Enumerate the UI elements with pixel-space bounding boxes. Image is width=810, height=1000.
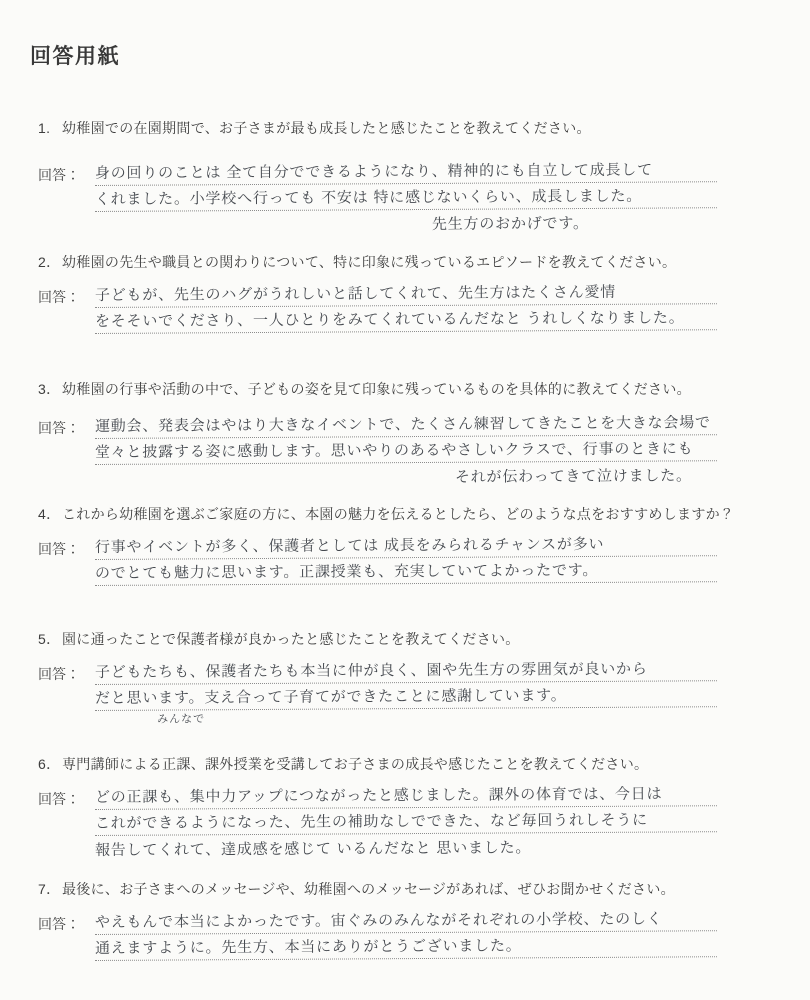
question-text: 幼稚園での在園期間で、お子さまが最も成長したと感じたことを教えてください。: [62, 118, 591, 138]
answer-row: 回答： やえもんで本当によかったです。宙ぐみのみんながそれぞれの小学校、たのしく…: [38, 909, 774, 961]
answer-lines: 子どもたちも、保護者たちも本当に仲が良く、園や先生方の雰囲気が良いから だと思い…: [95, 659, 717, 727]
handwritten-line: のでとても魅力に思います。正課授業も、充実していてよかったです。: [95, 556, 717, 586]
handwritten-line: 子どもたちも、保護者たちも本当に仲が良く、園や先生方の雰囲気が良いから: [95, 655, 717, 685]
page-title: 回答用紙: [30, 40, 120, 70]
answer-row: 回答： 行事やイベントが多く、保護者としては 成長をみられるチャンスが多い ので…: [38, 534, 774, 586]
answer-label: 回答：: [38, 909, 95, 961]
answer-label: 回答：: [38, 413, 95, 491]
answer-lines: 子どもが、先生のハグがうれしいと話してくれて、先生方はたくさん愛情 をそそいでく…: [95, 282, 717, 334]
answer-row: 回答： 子どもたちも、保護者たちも本当に仲が良く、園や先生方の雰囲気が良いから …: [38, 659, 774, 727]
handwritten-line: 行事やイベントが多く、保護者としては 成長をみられるチャンスが多い: [95, 530, 717, 560]
question-3: 3． 幼稚園の行事や活動の中で、子どもの姿を見て印象に残っているものを具体的に教…: [38, 379, 774, 399]
answer-lines: 身の回りのことは 全て自分でできるようになり、精神的にも自立して成長して くれま…: [95, 160, 717, 238]
handwritten-line: 運動会、発表会はやはり大きなイベントで、たくさん練習してきたことを大きな会場で: [95, 409, 717, 439]
answer-label: 回答：: [38, 784, 95, 862]
question-block-7: 7． 最後に、お子さまへのメッセージや、幼稚園へのメッセージがあれば、ぜひお聞か…: [38, 879, 774, 961]
answer-lines: どの正課も、集中力アップにつながったと感じました。課外の体育では、今日は これが…: [95, 784, 717, 862]
question-text: 幼稚園の先生や職員との関わりについて、特に印象に残っているエピソードを教えてくだ…: [62, 252, 676, 272]
answer-label: 回答：: [38, 160, 95, 238]
answer-label: 回答：: [38, 282, 95, 334]
question-text: 最後に、お子さまへのメッセージや、幼稚園へのメッセージがあれば、ぜひお聞かせくだ…: [62, 879, 675, 899]
handwritten-line: やえもんで本当によかったです。宙ぐみのみんながそれぞれの小学校、たのしく: [95, 905, 717, 935]
answer-row: 回答： 身の回りのことは 全て自分でできるようになり、精神的にも自立して成長して…: [38, 160, 774, 238]
question-number: 1.: [38, 118, 62, 138]
answer-lines: やえもんで本当によかったです。宙ぐみのみんながそれぞれの小学校、たのしく 通えま…: [95, 909, 717, 961]
question-text: 専門講師による正課、課外授業を受講してお子さまの成長や感じたことを教えてください…: [62, 754, 648, 774]
handwritten-line: 先生方のおかげです。: [95, 208, 717, 238]
question-block-3: 3． 幼稚園の行事や活動の中で、子どもの姿を見て印象に残っているものを具体的に教…: [38, 379, 774, 491]
answer-lines: 運動会、発表会はやはり大きなイベントで、たくさん練習してきたことを大きな会場で …: [95, 413, 717, 491]
question-5: 5． 園に通ったことで保護者様が良かったと感じたことを教えてください。: [38, 629, 774, 649]
question-number: 2．: [38, 252, 62, 272]
handwritten-line: をそそいでくださり、一人ひとりをみてくれているんだなと うれしくなりました。: [95, 304, 717, 334]
question-2: 2． 幼稚園の先生や職員との関わりについて、特に印象に残っているエピソードを教え…: [38, 252, 774, 272]
handwritten-line: これができるようになった、先生の補助なしでできた、など毎回うれしそうに: [95, 806, 717, 836]
handwritten-line: 報告してくれて、達成感を感じて いるんだなと 思いました。: [95, 832, 717, 862]
handwritten-line: それが伝わってきて泣けました。: [95, 461, 717, 491]
question-number: 5．: [38, 629, 62, 649]
handwritten-line: くれました。小学校へ行っても 不安は 特に感じないくらい、成長しました。: [95, 182, 717, 212]
question-number: 7．: [38, 879, 62, 899]
question-block-1: 1. 幼稚園での在園期間で、お子さまが最も成長したと感じたことを教えてください。…: [38, 118, 774, 238]
answer-row: 回答： どの正課も、集中力アップにつながったと感じました。課外の体育では、今日は…: [38, 784, 774, 862]
question-block-4: 4． これから幼稚園を選ぶご家庭の方に、本園の魅力を伝えるとしたら、どのような点…: [38, 504, 774, 586]
answer-lines: 行事やイベントが多く、保護者としては 成長をみられるチャンスが多い のでとても魅…: [95, 534, 717, 586]
question-number: 6．: [38, 754, 62, 774]
answer-label: 回答：: [38, 534, 95, 586]
question-7: 7． 最後に、お子さまへのメッセージや、幼稚園へのメッセージがあれば、ぜひお聞か…: [38, 879, 774, 899]
answer-sheet-page: 回答用紙 1. 幼稚園での在園期間で、お子さまが最も成長したと感じたことを教えて…: [0, 0, 810, 1000]
question-number: 3．: [38, 379, 62, 399]
question-block-2: 2． 幼稚園の先生や職員との関わりについて、特に印象に残っているエピソードを教え…: [38, 252, 774, 334]
handwritten-line: 子どもが、先生のハグがうれしいと話してくれて、先生方はたくさん愛情: [95, 278, 717, 308]
answer-row: 回答： 子どもが、先生のハグがうれしいと話してくれて、先生方はたくさん愛情 をそ…: [38, 282, 774, 334]
handwritten-line: どの正課も、集中力アップにつながったと感じました。課外の体育では、今日は: [95, 780, 717, 810]
handwritten-insertion: みんなで: [95, 707, 717, 727]
handwritten-line: 身の回りのことは 全て自分でできるようになり、精神的にも自立して成長して: [95, 156, 717, 186]
handwritten-line: だと思います。支え合って子育てができたことに感謝しています。: [95, 681, 717, 711]
question-6: 6． 専門講師による正課、課外授業を受講してお子さまの成長や感じたことを教えてく…: [38, 754, 774, 774]
question-4: 4． これから幼稚園を選ぶご家庭の方に、本園の魅力を伝えるとしたら、どのような点…: [38, 504, 774, 524]
question-block-5: 5． 園に通ったことで保護者様が良かったと感じたことを教えてください。 回答： …: [38, 629, 774, 727]
question-text: 幼稚園の行事や活動の中で、子どもの姿を見て印象に残っているものを具体的に教えてく…: [62, 379, 691, 399]
question-number: 4．: [38, 504, 62, 524]
question-text: 園に通ったことで保護者様が良かったと感じたことを教えてください。: [62, 629, 520, 649]
question-text: これから幼稚園を選ぶご家庭の方に、本園の魅力を伝えるとしたら、どのような点をおす…: [62, 504, 734, 524]
question-1: 1. 幼稚園での在園期間で、お子さまが最も成長したと感じたことを教えてください。: [38, 118, 774, 138]
answer-label: 回答：: [38, 659, 95, 727]
handwritten-line: 通えますように。先生方、本当にありがとうございました。: [95, 931, 717, 961]
answer-row: 回答： 運動会、発表会はやはり大きなイベントで、たくさん練習してきたことを大きな…: [38, 413, 774, 491]
question-block-6: 6． 専門講師による正課、課外授業を受講してお子さまの成長や感じたことを教えてく…: [38, 754, 774, 862]
handwritten-line: 堂々と披露する姿に感動します。思いやりのあるやさしいクラスで、行事のときにも: [95, 435, 717, 465]
